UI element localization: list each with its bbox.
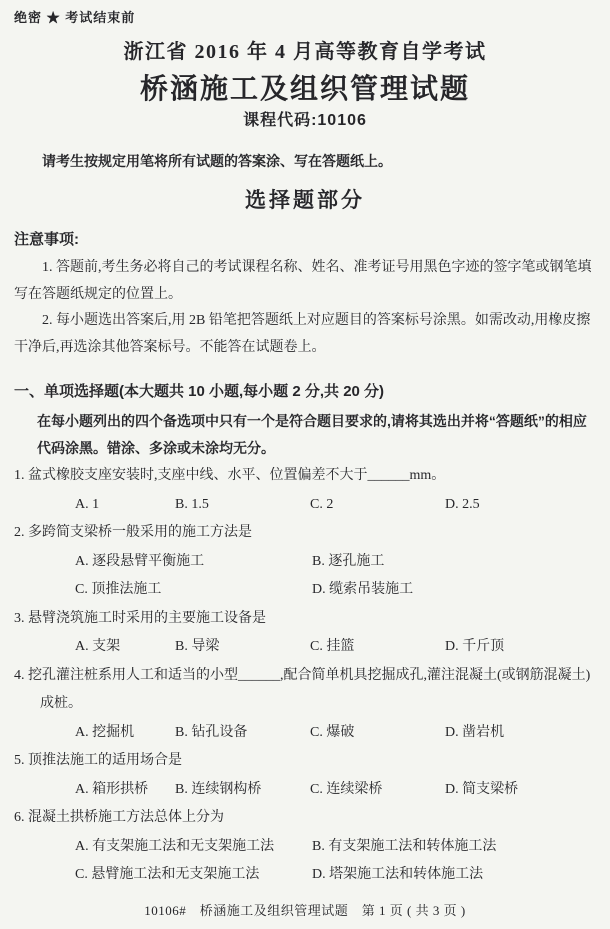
option-b: B. 有支架施工法和转体施工法 <box>312 833 596 862</box>
question-6-options-row-2: C. 悬臂施工法和无支架施工法 D. 塔架施工法和转体施工法 <box>14 861 596 890</box>
part1-instruction: 在每小题列出的四个备选项中只有一个是符合题目要求的,请将其选出并将“答题纸”的相… <box>37 408 596 462</box>
question-2-options-row-1: A. 逐段悬臂平衡施工 B. 逐孔施工 <box>14 548 596 577</box>
question-4-options: A. 挖掘机 B. 钻孔设备 C. 爆破 D. 凿岩机 <box>14 719 596 748</box>
question-6-options-row-1: A. 有支架施工法和无支架施工法 B. 有支架施工法和转体施工法 <box>14 833 596 862</box>
question-2-stem: 2. 多跨简支梁桥一般采用的施工方法是 <box>14 519 596 548</box>
question-area: 1. 盆式橡胶支座安装时,支座中线、水平、位置偏差不大于______mm。 A.… <box>14 462 596 890</box>
question-5: 5. 顶推法施工的适用场合是 A. 箱形拱桥 B. 连续钢构桥 C. 连续梁桥 … <box>14 747 596 804</box>
notice-heading: 注意事项: <box>14 230 596 249</box>
question-3-options: A. 支架 B. 导梁 C. 挂篮 D. 千斤顶 <box>14 633 596 662</box>
notice-item-1: 1. 答题前,考生务必将自己的考试课程名称、姓名、准考证号用黑色字迹的签字笔或钢… <box>14 255 596 308</box>
option-a: A. 逐段悬臂平衡施工 <box>75 548 312 577</box>
option-d: D. 凿岩机 <box>445 719 596 748</box>
question-2-options-row-2: C. 顶推法施工 D. 缆索吊装施工 <box>14 576 596 605</box>
section-title: 选择题部分 <box>14 187 596 214</box>
option-d: D. 简支梁桥 <box>445 776 596 805</box>
question-5-stem: 5. 顶推法施工的适用场合是 <box>14 747 596 776</box>
option-b: B. 导梁 <box>175 633 310 662</box>
option-a: A. 有支架施工法和无支架施工法 <box>75 833 312 862</box>
exam-paper-page: 绝密 ★ 考试结束前 浙江省 2016 年 4 月高等教育自学考试 桥涵施工及组… <box>0 0 610 929</box>
option-a: A. 支架 <box>75 633 175 662</box>
option-c: C. 挂篮 <box>310 633 445 662</box>
question-6-stem: 6. 混凝土拱桥施工方法总体上分为 <box>14 804 596 833</box>
option-d: D. 塔架施工法和转体施工法 <box>312 861 596 890</box>
paper-title: 桥涵施工及组织管理试题 <box>14 72 596 106</box>
option-d: D. 2.5 <box>445 491 596 520</box>
notice-list: 1. 答题前,考生务必将自己的考试课程名称、姓名、准考证号用黑色字迹的签字笔或钢… <box>14 255 596 361</box>
question-3-stem: 3. 悬臂浇筑施工时采用的主要施工设备是 <box>14 605 596 634</box>
option-b: B. 连续钢构桥 <box>175 776 310 805</box>
answer-sheet-instruction: 请考生按规定用笔将所有试题的答案涂、写在答题纸上。 <box>14 152 596 170</box>
option-c: C. 顶推法施工 <box>75 576 312 605</box>
question-6: 6. 混凝土拱桥施工方法总体上分为 A. 有支架施工法和无支架施工法 B. 有支… <box>14 804 596 890</box>
option-c: C. 连续梁桥 <box>310 776 445 805</box>
question-2: 2. 多跨简支梁桥一般采用的施工方法是 A. 逐段悬臂平衡施工 B. 逐孔施工 … <box>14 519 596 605</box>
option-a: A. 箱形拱桥 <box>75 776 175 805</box>
question-5-options: A. 箱形拱桥 B. 连续钢构桥 C. 连续梁桥 D. 简支梁桥 <box>14 776 596 805</box>
option-a: A. 1 <box>75 491 175 520</box>
option-a: A. 挖掘机 <box>75 719 175 748</box>
notice-item-2: 2. 每小题选出答案后,用 2B 铅笔把答题纸上对应题目的答案标号涂黑。如需改动… <box>14 308 596 361</box>
option-c: C. 爆破 <box>310 719 445 748</box>
security-classification: 绝密 ★ 考试结束前 <box>14 10 596 26</box>
page-footer: 10106# 桥涵施工及组织管理试题 第 1 页 ( 共 3 页 ) <box>14 902 596 919</box>
option-d: D. 千斤顶 <box>445 633 596 662</box>
question-4: 4. 挖孔灌注桩系用人工和适当的小型______,配合简单机具挖掘成孔,灌注混凝… <box>14 662 596 748</box>
option-b: B. 1.5 <box>175 491 310 520</box>
option-b: B. 逐孔施工 <box>312 548 596 577</box>
option-b: B. 钻孔设备 <box>175 719 310 748</box>
question-4-stem: 4. 挖孔灌注桩系用人工和适当的小型______,配合简单机具挖掘成孔,灌注混凝… <box>14 662 596 719</box>
question-1-stem: 1. 盆式橡胶支座安装时,支座中线、水平、位置偏差不大于______mm。 <box>14 462 596 491</box>
option-d: D. 缆索吊装施工 <box>312 576 596 605</box>
question-1: 1. 盆式橡胶支座安装时,支座中线、水平、位置偏差不大于______mm。 A.… <box>14 462 596 519</box>
part1-heading: 一、单项选择题(本大题共 10 小题,每小题 2 分,共 20 分) <box>14 382 596 402</box>
question-3: 3. 悬臂浇筑施工时采用的主要施工设备是 A. 支架 B. 导梁 C. 挂篮 D… <box>14 605 596 662</box>
question-1-options: A. 1 B. 1.5 C. 2 D. 2.5 <box>14 491 596 520</box>
course-code: 课程代码:10106 <box>14 111 596 131</box>
option-c: C. 2 <box>310 491 445 520</box>
exam-session-title: 浙江省 2016 年 4 月高等教育自学考试 <box>14 39 596 65</box>
option-c: C. 悬臂施工法和无支架施工法 <box>75 861 312 890</box>
